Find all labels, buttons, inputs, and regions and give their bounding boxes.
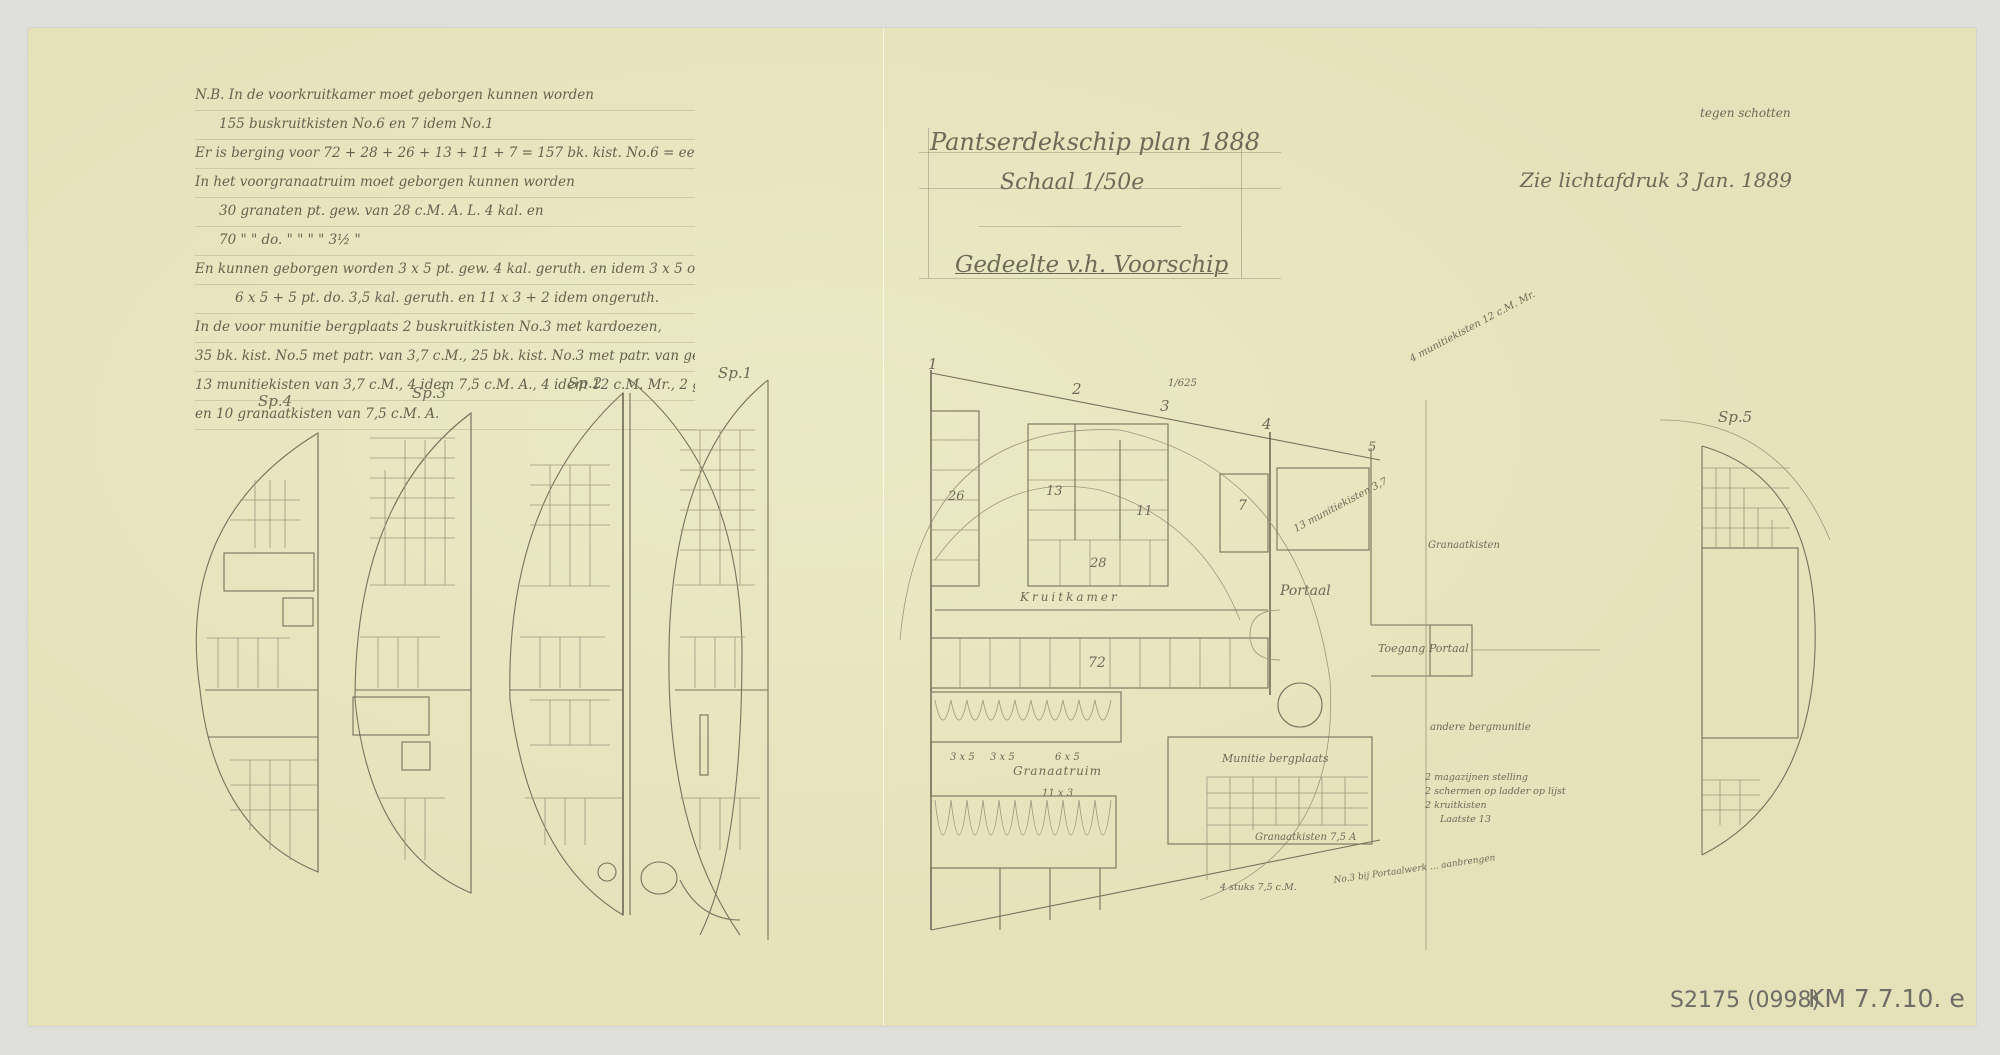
granaat-dim-1: 3 x 5 <box>950 752 975 763</box>
frame-number-1: 1 <box>928 355 938 373</box>
count-11: 11 <box>1136 504 1153 519</box>
archive-ref-catalog: KM 7.7.10. e <box>1808 984 1965 1013</box>
granaat-dim-4: 11 x 3 <box>1042 788 1073 799</box>
room-munitie-bergplaats: Munitie bergplaats <box>1222 752 1329 765</box>
count-28: 28 <box>1090 556 1107 571</box>
dimension-top: 1/625 <box>1168 378 1197 389</box>
granaat-dim-3: 6 x 5 <box>1055 752 1080 763</box>
section-sp1 <box>630 380 768 940</box>
granaat-dim-2: 3 x 5 <box>990 752 1015 763</box>
count-7: 7 <box>1238 498 1247 514</box>
frame-number-5: 5 <box>1368 440 1376 455</box>
annotation-gran-water: Granaatkisten <box>1428 540 1500 551</box>
room-portaal: Portaal <box>1280 583 1331 599</box>
room-kruitkamer: Kruitkamer <box>1020 590 1120 604</box>
label-granaatkisten: Granaatkisten 7,5 A <box>1255 832 1356 843</box>
archive-ref-serial: S2175 (0998) <box>1670 988 1820 1013</box>
section-sp4 <box>196 433 318 872</box>
section-sp5 <box>1660 420 1830 855</box>
section-sp2 <box>510 393 740 920</box>
count-72: 72 <box>1088 655 1106 671</box>
count-13: 13 <box>1046 484 1063 499</box>
frame-number-2: 2 <box>1072 380 1082 398</box>
annotation-list-2: 2 schermen op ladder op lijst <box>1425 786 1566 797</box>
frame-number-3: 3 <box>1160 397 1170 415</box>
annotation-list-1: 2 magazijnen stelling <box>1425 772 1528 783</box>
room-granaatruim: Granaatruim <box>1013 764 1102 778</box>
technical-drawing <box>0 0 2000 1055</box>
section-sp3 <box>353 413 471 893</box>
count-26: 26 <box>948 489 965 504</box>
frame-number-4: 4 <box>1262 415 1272 433</box>
annotation-list-4: Laatste 13 <box>1440 814 1491 825</box>
annotation-andere-bergmunitie: andere bergmunitie <box>1430 722 1531 733</box>
annotation-stuks: 4 stuks 7,5 c.M. <box>1220 882 1297 893</box>
room-toegang-portaal: Toegang Portaal <box>1378 642 1469 655</box>
annotation-list-3: 2 kruitkisten <box>1425 800 1487 811</box>
